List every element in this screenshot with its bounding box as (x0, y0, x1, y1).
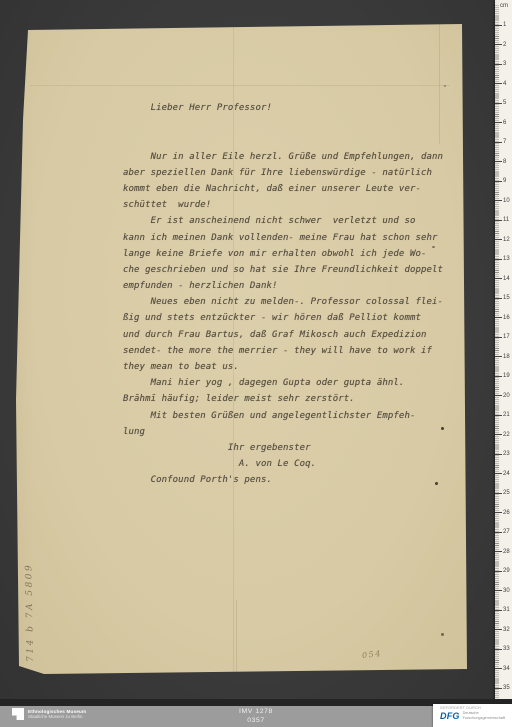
ruler-cm-number: 6 (503, 119, 512, 127)
ruler-cm-tick (495, 473, 502, 474)
ruler-cm-number: 30 (503, 587, 512, 595)
letter-line: Neues eben nicht zu melden-. Professor c… (123, 294, 453, 310)
letter-line: und durch Frau Bartus, daß Graf Mikosch … (123, 327, 453, 343)
letter-line: kann ich meinen Dank vollenden- meine Fr… (123, 230, 453, 246)
ruler-cm-number: 16 (503, 314, 512, 322)
letter-line: che geschrieben und so hat sie Ihre Freu… (123, 262, 453, 278)
letter-page: Lieber Herr Professor! Nur in aller Eile… (0, 0, 512, 727)
ruler-cm-tick (495, 259, 502, 260)
ruler-cm-tick (495, 376, 502, 377)
ruler-cm-tick (495, 44, 502, 45)
ruler-cm-tick (495, 317, 502, 318)
ruler-cm-number: 9 (503, 177, 512, 185)
ruler-cm-tick (495, 688, 502, 689)
letter-postscript: Confound Porth's pens. (123, 472, 453, 488)
letter-line: aber speziellen Dank für Ihre liebenswür… (123, 165, 453, 181)
ruler-cm-number: 18 (503, 353, 512, 361)
ruler-cm-number: 28 (503, 548, 512, 556)
ruler-cm-number: 25 (503, 489, 512, 497)
letter-signature-name: A. von Le Coq. (123, 456, 453, 472)
pinhole (441, 427, 444, 430)
letter-line: schüttet wurde! (123, 197, 453, 213)
ruler-cm-number: 5 (503, 99, 512, 107)
ruler-cm-tick (495, 454, 502, 455)
ruler-cm-tick (495, 668, 502, 669)
letter-salutation: Lieber Herr Professor! (123, 100, 453, 116)
measurement-ruler: cm 1234567891011121314151617181920212223… (495, 0, 512, 727)
ruler-cm-tick (495, 161, 502, 162)
ruler-cm-number: 7 (503, 138, 512, 146)
ruler-cm-tick (495, 103, 502, 104)
dfg-logo-row: DFG Deutsche Forschungsgemeinschaft (440, 711, 512, 721)
ruler-cm-number: 23 (503, 450, 512, 458)
ruler-cm-tick (495, 356, 502, 357)
ruler-cm-number: 8 (503, 158, 512, 166)
ruler-cm-tick (495, 181, 502, 182)
ink-speck (432, 246, 435, 248)
letter-signature-closing: Ihr ergebenster (123, 440, 453, 456)
ruler-cm-tick (495, 551, 502, 552)
ruler-cm-tick (495, 83, 502, 84)
ruler-cm-tick (495, 122, 502, 123)
ruler-cm-tick (495, 512, 502, 513)
ruler-cm-number: 27 (503, 528, 512, 536)
ruler-cm-number: 26 (503, 509, 512, 517)
ruler-cm-number: 33 (503, 645, 512, 653)
dfg-funded-by-label: Gefördert durch (440, 706, 512, 710)
ruler-cm-number: 11 (503, 216, 512, 224)
dfg-logo: Gefördert durch DFG Deutsche Forschungsg… (433, 704, 512, 727)
ruler-cm-tick (495, 610, 502, 611)
ruler-cm-number: 14 (503, 275, 512, 283)
ruler-cm-number: 24 (503, 470, 512, 478)
ruler-cm-tick (495, 629, 502, 630)
ruler-cm-tick (495, 337, 502, 338)
letter-line: lung (123, 424, 453, 440)
letter-line: Mani hier yog , dagegen Gupta oder gupta… (123, 375, 453, 391)
ruler-cm-tick (495, 395, 502, 396)
ruler-cm-number: 35 (503, 684, 512, 692)
pinhole (435, 482, 438, 485)
dfg-full-name: Deutsche Forschungsgemeinschaft (463, 711, 505, 720)
letter-line: Brāhmī häufig; leider meist sehr zerstör… (123, 391, 453, 407)
letter-line: ßig und stets entzückter - wir hören daß… (123, 310, 453, 326)
footer-bar: Ethnologisches Museum Staatliche Museen … (0, 706, 512, 727)
ruler-unit-label: cm (500, 3, 508, 9)
ink-speck (444, 85, 446, 87)
ruler-cm-tick (495, 278, 502, 279)
fold-crease-horizontal (30, 85, 450, 86)
ruler-cm-number: 15 (503, 294, 512, 302)
ruler-cm-number: 31 (503, 606, 512, 614)
letter-line: Er ist anscheinend nicht schwer verletzt… (123, 213, 453, 229)
letter-line: they mean to beat us. (123, 359, 453, 375)
ink-speck (441, 633, 444, 636)
ruler-cm-tick (495, 64, 502, 65)
ruler-cm-number: 10 (503, 197, 512, 205)
ruler-cm-tick (495, 298, 502, 299)
ruler-cm-number: 2 (503, 41, 512, 49)
letter-line: Mit besten Grüßen und angelegentlichster… (123, 408, 453, 424)
ruler-cm-tick (495, 493, 502, 494)
ruler-cm-tick (495, 649, 502, 650)
dfg-acronym: DFG (440, 711, 460, 721)
letter-line: lange keine Briefe von mir erhalten obwo… (123, 246, 453, 262)
dfg-name-line2: Forschungsgemeinschaft (463, 716, 505, 721)
ruler-cm-number: 32 (503, 626, 512, 634)
ruler-cm-tick (495, 532, 502, 533)
ruler-cm-number: 20 (503, 392, 512, 400)
letter-line: kommt eben die Nachricht, daß einer unse… (123, 181, 453, 197)
ruler-cm-tick (495, 220, 502, 221)
ruler-cm-number: 22 (503, 431, 512, 439)
letter-line (123, 116, 453, 132)
ruler-cm-number: 21 (503, 411, 512, 419)
ruler-cm-number: 4 (503, 80, 512, 88)
ruler-cm-tick (495, 571, 502, 572)
ruler-mm-ticks (495, 5, 499, 705)
letter-text: Lieber Herr Professor! Nur in aller Eile… (123, 100, 453, 489)
fold-crease-bottom (236, 600, 237, 672)
ruler-cm-tick (495, 415, 502, 416)
ruler-cm-tick (495, 590, 502, 591)
letter-line: sendet- the more the merrier - they will… (123, 343, 453, 359)
ruler-cm-number: 34 (503, 665, 512, 673)
letter-line: Nur in aller Eile herzl. Grüße und Empfe… (123, 149, 453, 165)
ruler-cm-tick (495, 142, 502, 143)
ruler-cm-tick (495, 434, 502, 435)
ruler-cm-number: 19 (503, 372, 512, 380)
ruler-cm-tick (495, 200, 502, 201)
ruler-cm-number: 13 (503, 255, 512, 263)
ruler-cm-tick (495, 25, 502, 26)
ruler-cm-number: 29 (503, 567, 512, 575)
ruler-cm-number: 1 (503, 21, 512, 29)
ruler-cm-tick (495, 239, 502, 240)
scan-viewport: Lieber Herr Professor! Nur in aller Eile… (0, 0, 512, 727)
ruler-cm-number: 12 (503, 236, 512, 244)
letter-line (123, 132, 453, 148)
letter-line: empfunden - herzlichen Dank! (123, 278, 453, 294)
ruler-cm-number: 3 (503, 60, 512, 68)
ruler-cm-number: 17 (503, 333, 512, 341)
